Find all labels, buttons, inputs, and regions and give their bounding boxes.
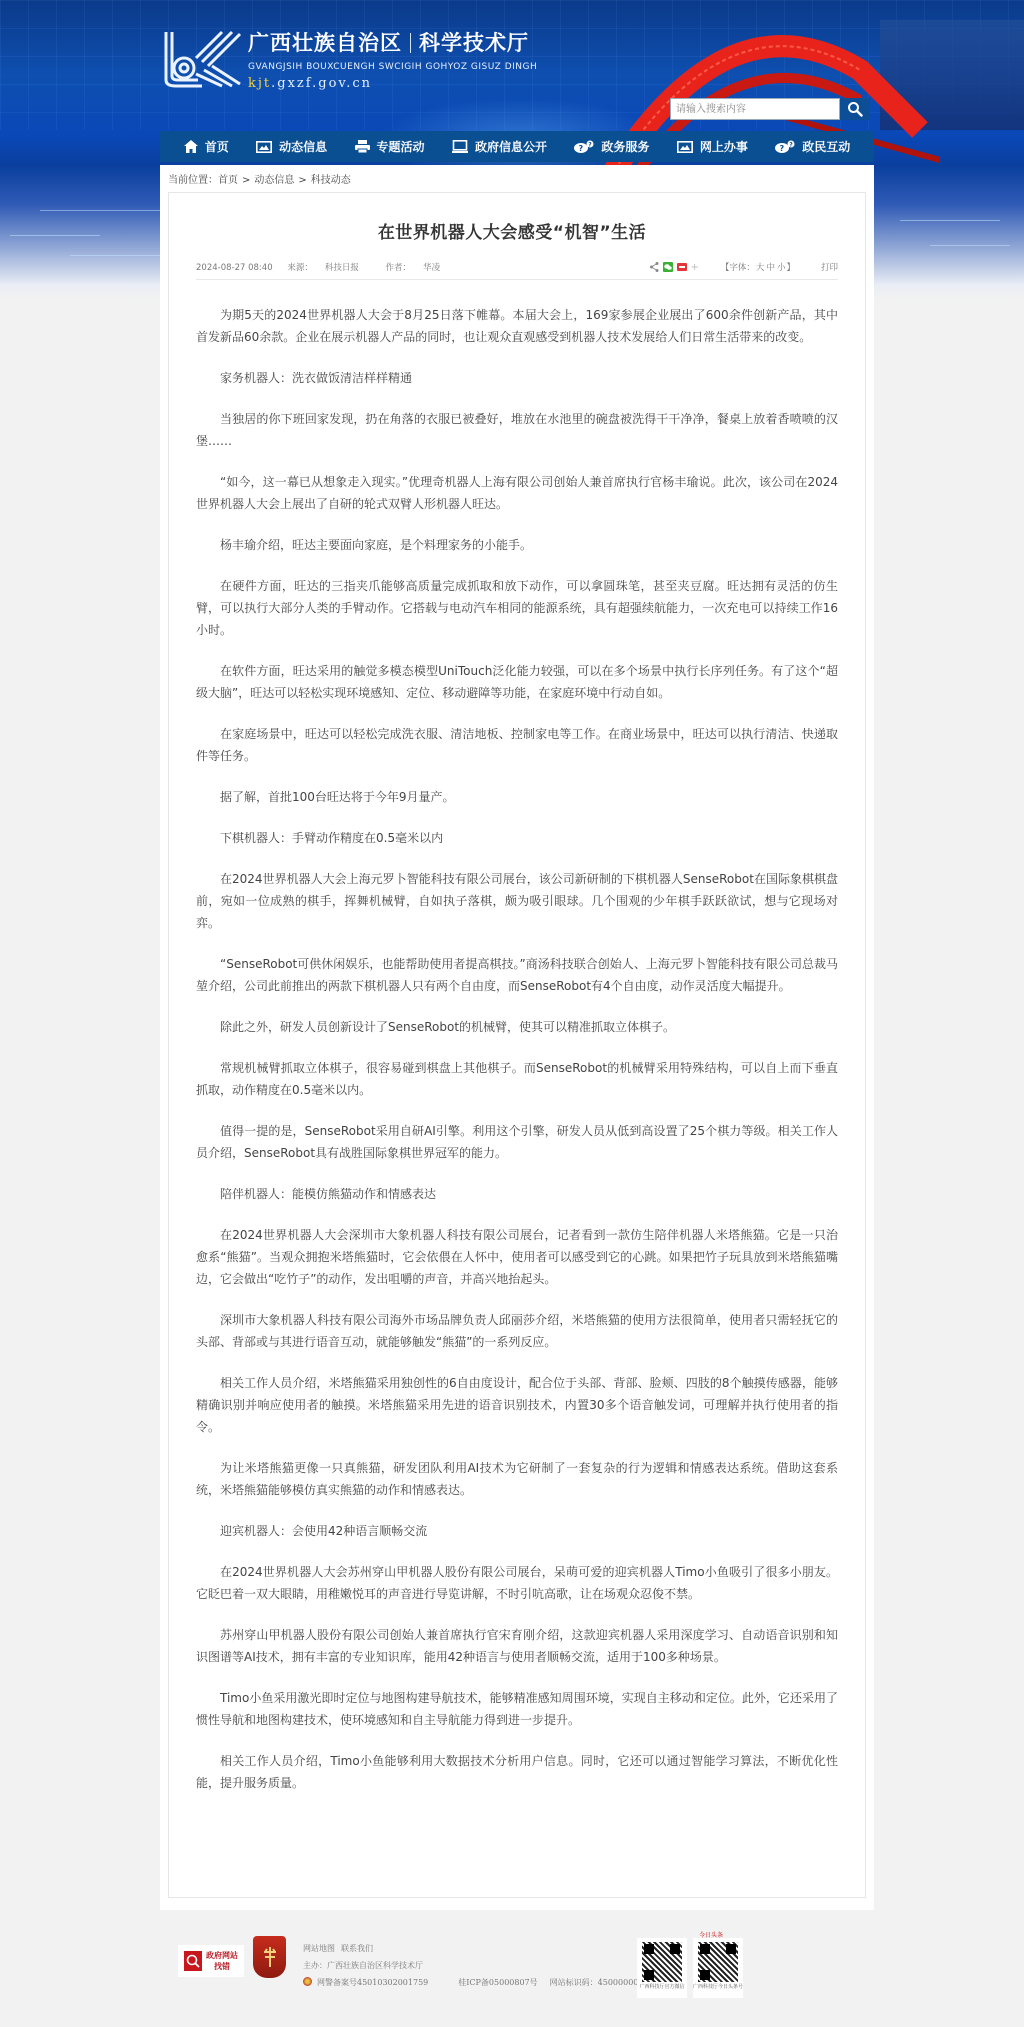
title-divider bbox=[410, 33, 411, 53]
svg-text:?: ? bbox=[780, 144, 785, 153]
font-size-label: 【字体： bbox=[721, 263, 755, 273]
site-logo-icon[interactable] bbox=[162, 30, 242, 88]
picture-icon bbox=[256, 141, 272, 153]
police-record-link[interactable]: 网警备案号45010302001759 bbox=[317, 1978, 428, 1987]
icp-record[interactable]: 桂ICP备05000807号 bbox=[458, 1978, 537, 1987]
toutiao-label: 今日头条 bbox=[699, 1930, 723, 1939]
breadcrumb-prefix: 当前位置： bbox=[168, 175, 218, 186]
article-paragraph: 值得一提的是，SenseRobot采用自研AI引擎。利用这个引擎，研发人员从低到… bbox=[196, 1120, 838, 1164]
qr-caption: 广西科技厅官方微信 bbox=[639, 1984, 684, 1990]
footer-records: 网警备案号45010302001759桂ICP备05000807号网站标识码：4… bbox=[303, 1974, 649, 1991]
magnifier-flag-icon bbox=[184, 1951, 202, 1971]
article-subheading: 家务机器人：洗衣做饭清洁样样精通 bbox=[196, 367, 838, 389]
article-date: 2024-08-27 08:40 bbox=[196, 263, 273, 273]
chat-question-icon: ?? bbox=[775, 140, 795, 153]
article-paragraph: 当独居的你下班回家发现，扔在角落的衣服已被叠好，堆放在水池里的碗盘被洗得干干净净… bbox=[196, 408, 838, 452]
breadcrumb-separator: > bbox=[298, 175, 306, 186]
article-paragraph: “SenseRobot可供休闲娱乐，也能帮助使用者提高棋技。”商汤科技联合创始人… bbox=[196, 953, 838, 997]
article-paragraph: “如今，这一幕已从想象走入现实。”优理奇机器人上海有限公司创始人兼首席执行官杨丰… bbox=[196, 471, 838, 515]
gov-find-line1: 政府网站 bbox=[206, 1950, 238, 1961]
qr-caption: 广西科技厅今日头条号 bbox=[693, 1984, 743, 1990]
gov-find-line2: 找错 bbox=[206, 1961, 238, 1972]
font-size-label-close: 】 bbox=[786, 263, 795, 273]
author-value: 华凌 bbox=[423, 263, 440, 273]
font-size-large[interactable]: 大 bbox=[756, 263, 765, 273]
qr-code-image bbox=[698, 1942, 738, 1982]
svg-text:?: ? bbox=[589, 142, 593, 149]
nav-label: 首页 bbox=[205, 138, 229, 155]
nav-label: 政务服务 bbox=[601, 138, 649, 155]
breadcrumb-news-link[interactable]: 动态信息 bbox=[254, 175, 294, 186]
monitor-icon bbox=[452, 140, 468, 153]
site-name-block: 广西壮族自治区科学技术厅 GVANGJSIH BOUXCUENGH SWCIGI… bbox=[248, 27, 537, 91]
article-paragraph: 在2024世界机器人大会上海元罗卜智能科技有限公司展台，该公司新研制的下棋机器人… bbox=[196, 868, 838, 934]
site-name-en: GVANGJSIH BOUXCUENGH SWCIGIH GOHYOZ GISU… bbox=[248, 62, 537, 72]
gov-find-text: 政府网站找错 bbox=[206, 1950, 238, 1972]
print-button[interactable]: 打印 bbox=[821, 261, 838, 273]
sitemap-link[interactable]: 网站地图 bbox=[303, 1944, 335, 1953]
breadcrumb: 当前位置：首页>动态信息>科技动态 bbox=[168, 171, 351, 186]
article-paragraph: 据了解，首批100台旺达将于今年9月量产。 bbox=[196, 786, 838, 808]
article-subheading: 迎宾机器人：会使用42种语言顺畅交流 bbox=[196, 1520, 838, 1542]
qr-code-image bbox=[642, 1942, 682, 1982]
meta-divider bbox=[196, 279, 838, 280]
home-icon bbox=[184, 140, 198, 153]
nav-item-interaction[interactable]: ?? 政民互动 bbox=[775, 138, 850, 155]
search-bar bbox=[670, 98, 870, 120]
nav-item-news[interactable]: 动态信息 bbox=[256, 138, 327, 155]
article-paragraph: 为期5天的2024世界机器人大会于8月25日落下帷幕。本届大会上，169家参展企… bbox=[196, 304, 838, 348]
article-subheading: 下棋机器人：手臂动作精度在0.5毫米以内 bbox=[196, 827, 838, 849]
contact-us-link[interactable]: 联系我们 bbox=[341, 1944, 373, 1953]
site-url-highlight: kjt bbox=[248, 76, 271, 91]
nav-item-gov-info[interactable]: 政府信息公开 bbox=[452, 138, 547, 155]
breadcrumb-home-link[interactable]: 首页 bbox=[218, 175, 238, 186]
chat-question-icon: ?? bbox=[574, 140, 594, 153]
picture-icon bbox=[677, 141, 693, 153]
party-government-badge-icon[interactable] bbox=[253, 1936, 286, 1978]
site-code: 网站标识码：4500000052 bbox=[550, 1978, 649, 1987]
share-icon[interactable] bbox=[650, 262, 659, 272]
article-paragraph: 深圳市大象机器人科技有限公司海外市场品牌负责人邱丽莎介绍，米塔熊猫的使用方法很简… bbox=[196, 1309, 838, 1353]
footer-links: 网站地图联系我们 bbox=[303, 1940, 649, 1957]
article-body: 为期5天的2024世界机器人大会于8月25日落下帷幕。本届大会上，169家参展企… bbox=[196, 304, 838, 1813]
svg-text:?: ? bbox=[789, 142, 793, 149]
nav-item-gov-services[interactable]: ?? 政务服务 bbox=[574, 138, 649, 155]
nav-label: 网上办事 bbox=[700, 138, 748, 155]
nav-label: 政民互动 bbox=[802, 138, 850, 155]
gov-site-error-report-button[interactable]: 政府网站找错 bbox=[178, 1945, 244, 1977]
article-paragraph: 为让米塔熊猫更像一只真熊猫，研发团队利用AI技术为它研制了一套复杂的行为逻辑和情… bbox=[196, 1457, 838, 1501]
site-name-cn: 广西壮族自治区科学技术厅 bbox=[248, 27, 537, 57]
site-name-department: 科学技术厅 bbox=[419, 31, 529, 55]
article-source: 来源：科技日报 bbox=[287, 263, 371, 273]
article-paragraph: 杨丰瑜介绍，旺达主要面向家庭，是个料理家务的小能手。 bbox=[196, 534, 838, 556]
nav-item-topics[interactable]: 专题活动 bbox=[355, 138, 425, 155]
site-url-rest: .gxzf.gov.cn bbox=[271, 76, 372, 91]
article-paragraph: 相关工作人员介绍，Timo小鱼能够利用大数据技术分析用户信息。同时，它还可以通过… bbox=[196, 1750, 838, 1794]
wechat-icon[interactable] bbox=[663, 262, 673, 272]
search-icon bbox=[847, 101, 863, 117]
breadcrumb-tech-news-link[interactable]: 科技动态 bbox=[311, 175, 351, 186]
nav-item-online-services[interactable]: 网上办事 bbox=[677, 138, 748, 155]
article-paragraph: 在2024世界机器人大会深圳市大象机器人科技有限公司展台，记者看到一款仿生陪伴机… bbox=[196, 1224, 838, 1290]
article-paragraph: 除此之外，研发人员创新设计了SenseRobot的机械臂，使其可以精准抓取立体棋… bbox=[196, 1016, 838, 1038]
author-label: 作者： bbox=[386, 263, 412, 273]
svg-text:?: ? bbox=[579, 144, 584, 153]
article-paragraph: 常规机械臂抓取立体棋子，很容易碰到棋盘上其他棋子。而SenseRobot的机械臂… bbox=[196, 1057, 838, 1101]
share-bar: + bbox=[650, 262, 699, 273]
article-subheading: 陪伴机器人：能模仿熊猫动作和情感表达 bbox=[196, 1183, 838, 1205]
toutiao-icon[interactable] bbox=[677, 263, 687, 271]
site-name-region: 广西壮族自治区 bbox=[248, 31, 402, 55]
article-paragraph: 在软件方面，旺达采用的触觉多模态模型UniTouch泛化能力较强，可以在多个场景… bbox=[196, 660, 838, 704]
font-size-medium[interactable]: 中 bbox=[766, 263, 775, 273]
footer-info: 网站地图联系我们 主办：广西壮族自治区科学技术厅 网警备案号4501030200… bbox=[303, 1940, 649, 1991]
toutiao-qr-code: 今日头条 广西科技厅今日头条号 bbox=[693, 1938, 743, 1998]
article-paragraph: Timo小鱼采用激光即时定位与地图构建导航技术，能够精准感知周围环境，实现自主移… bbox=[196, 1687, 838, 1731]
article-paragraph: 相关工作人员介绍，米塔熊猫采用独创性的6自由度设计，配合位于头部、背部、脸颊、四… bbox=[196, 1372, 838, 1438]
source-value: 科技日报 bbox=[325, 263, 359, 273]
article-meta: 2024-08-27 08:40 来源：科技日报 作者：华凌 + 【字体：大中小… bbox=[196, 261, 838, 275]
plus-icon[interactable]: + bbox=[691, 262, 699, 273]
source-label: 来源： bbox=[287, 263, 313, 273]
article-paragraph: 在家庭场景中，旺达可以轻松完成洗衣服、清洁地板、控制家电等工作。在商业场景中，旺… bbox=[196, 723, 838, 767]
nav-label: 动态信息 bbox=[279, 138, 327, 155]
wechat-qr-code: 广西科技厅官方微信 bbox=[637, 1938, 687, 1998]
font-size-small[interactable]: 小 bbox=[777, 263, 786, 273]
police-badge-icon bbox=[303, 1977, 312, 1986]
footer: 政府网站找错 网站地图联系我们 主办：广西壮族自治区科学技术厅 网警备案号450… bbox=[0, 1910, 1024, 2027]
footer-host: 主办：广西壮族自治区科学技术厅 bbox=[303, 1957, 649, 1974]
nav-item-home[interactable]: 首页 bbox=[184, 138, 229, 155]
main-nav: 首页 动态信息 专题活动 政府信息公开 ?? 政务服务 网上办事 ?? 政民互动 bbox=[160, 131, 874, 162]
site-url: kjt.gxzf.gov.cn bbox=[248, 76, 537, 91]
breadcrumb-separator: > bbox=[242, 175, 250, 186]
nav-label: 专题活动 bbox=[377, 138, 425, 155]
search-input[interactable] bbox=[670, 98, 840, 120]
article-paragraph: 苏州穿山甲机器人股份有限公司创始人兼首席执行官宋育刚介绍，这款迎宾机器人采用深度… bbox=[196, 1624, 838, 1668]
nav-label: 政府信息公开 bbox=[475, 138, 547, 155]
font-size-control: 【字体：大中小】 bbox=[721, 261, 795, 273]
article-meta-right: + 【字体：大中小】 打印 bbox=[650, 261, 838, 273]
article-title: 在世界机器人大会感受“机智”生活 bbox=[0, 218, 1024, 243]
printer-icon bbox=[355, 140, 370, 153]
article-author: 作者：华凌 bbox=[386, 263, 453, 273]
article-paragraph: 在硬件方面，旺达的三指夹爪能够高质量完成抓取和放下动作，可以拿圆珠笔，甚至夹豆腐… bbox=[196, 575, 838, 641]
search-button[interactable] bbox=[840, 98, 870, 120]
article-paragraph: 在2024世界机器人大会苏州穿山甲机器人股份有限公司展台，呆萌可爱的迎宾机器人T… bbox=[196, 1561, 838, 1605]
